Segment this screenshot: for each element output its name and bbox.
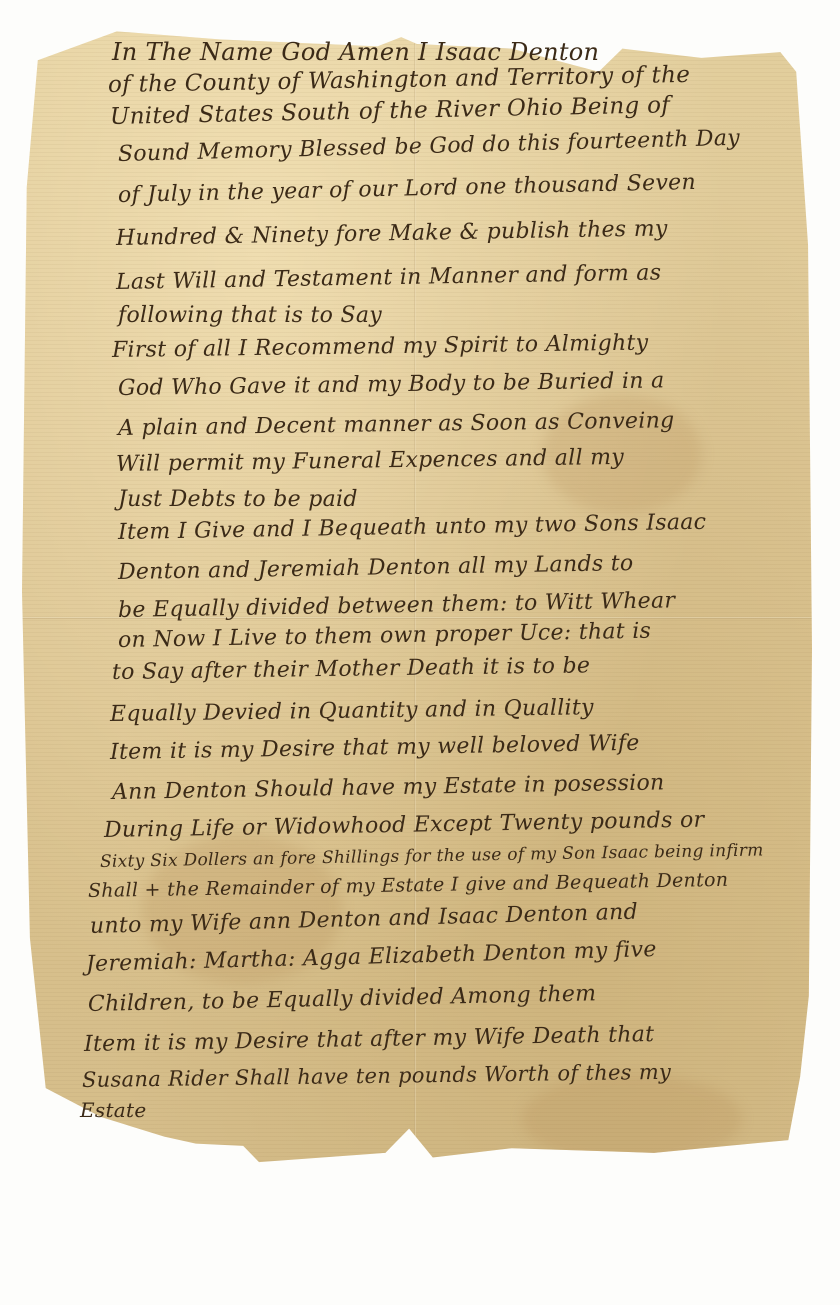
text-line: Item I Give and I Bequeath unto my two S… <box>118 510 707 545</box>
text-line: Last Will and Testament in Manner and fo… <box>116 260 662 295</box>
text-line: Hundred & Ninety fore Make & publish the… <box>116 216 668 251</box>
text-line: During Life or Widowhood Except Twenty p… <box>104 808 705 843</box>
text-line: Item it is my Desire that my well belove… <box>110 731 640 765</box>
text-line: Denton and Jeremiah Denton all my Lands … <box>118 551 634 585</box>
text-line: Sound Memory Blessed be God do this four… <box>118 126 741 167</box>
text-line: Ann Denton Should have my Estate in pose… <box>112 770 665 805</box>
handwritten-text: In The Name God Amen I Isaac Denton of t… <box>0 0 840 1305</box>
text-line: United States South of the River Ohio Be… <box>110 92 671 130</box>
text-line: In The Name God Amen I Isaac Denton <box>112 38 599 66</box>
text-line: be Equally divided between them: to Witt… <box>118 588 676 623</box>
text-line: First of all I Recommend my Spirit to Al… <box>112 331 649 363</box>
text-line: Item it is my Desire that after my Wife … <box>84 1022 655 1057</box>
text-line: Estate <box>80 1098 147 1122</box>
text-line: Sixty Six Dollers an fore Shillings for … <box>100 840 764 872</box>
text-line: Will permit my Funeral Expences and all … <box>116 445 624 477</box>
text-line: following that is to Say <box>118 303 382 328</box>
text-line: God Who Gave it and my Body to be Buried… <box>118 368 665 401</box>
text-line: A plain and Decent manner as Soon as Con… <box>118 408 675 441</box>
text-line: Susana Rider Shall have ten pounds Worth… <box>82 1060 671 1092</box>
text-line: Children, to be Equally divided Among th… <box>88 981 597 1017</box>
text-line: to Say after their Mother Death it is to… <box>112 653 591 685</box>
text-line: unto my Wife ann Denton and Isaac Denton… <box>90 900 639 939</box>
text-line: Jeremiah: Martha: Agga Elizabeth Denton … <box>86 937 657 977</box>
text-line: Shall + the Remainder of my Estate I giv… <box>88 869 729 902</box>
text-line: of the County of Washington and Territor… <box>108 62 691 98</box>
text-line: Equally Devied in Quantity and in Qualli… <box>110 695 594 727</box>
text-line: Just Debts to be paid <box>118 487 358 512</box>
text-line: on Now I Live to them own proper Uce: th… <box>118 619 652 653</box>
text-line: of July in the year of our Lord one thou… <box>118 170 697 208</box>
